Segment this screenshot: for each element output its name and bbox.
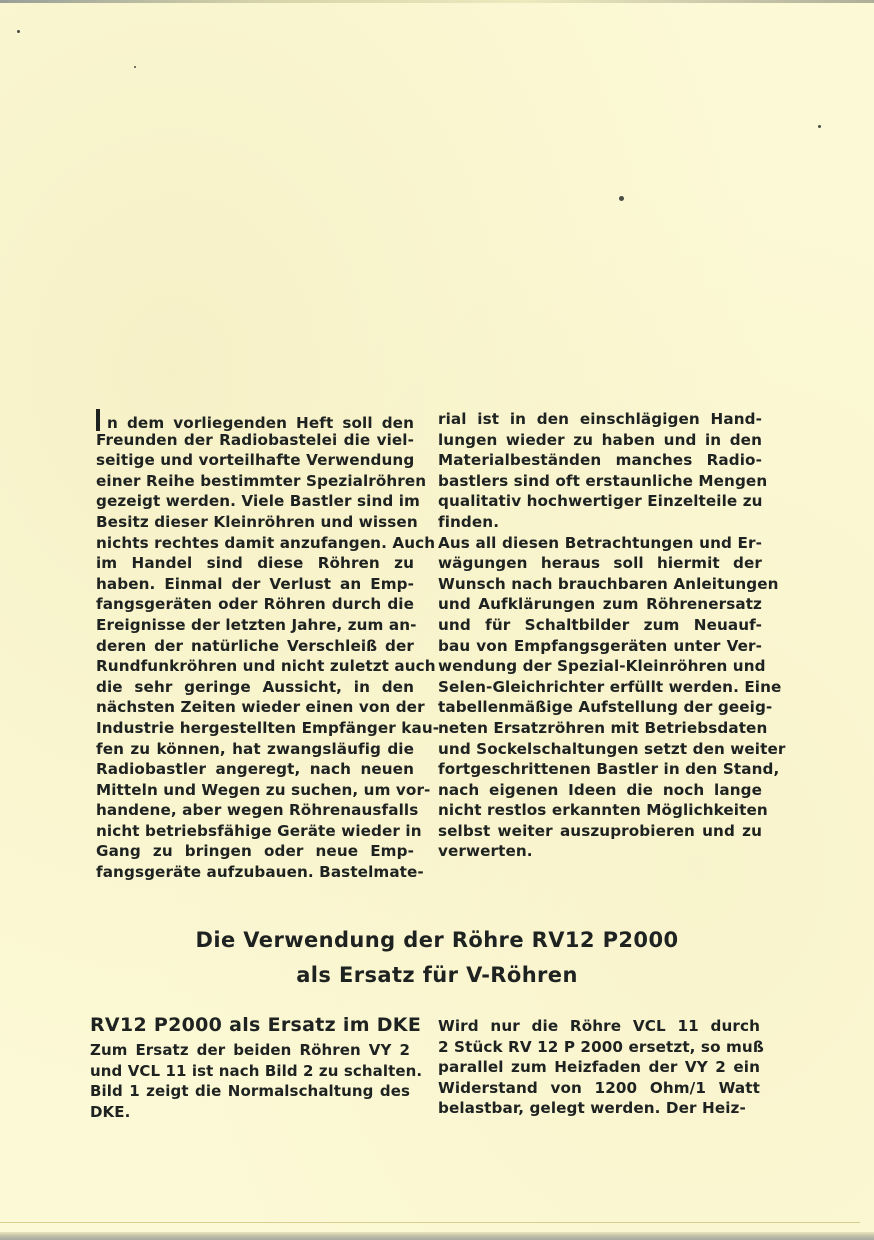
text-line: Ereignisse der letzten Jahre, zum an- [96, 615, 414, 636]
section-right-column: Wird nur die Röhre VCL 11 durch2 Stück R… [438, 1016, 760, 1119]
paper-speck [134, 66, 136, 68]
text-line: nächsten Zeiten wieder einen von der [96, 697, 414, 718]
text-line: die sehr geringe Aussicht, in den [96, 677, 414, 698]
intro-right-column: rial ist in den einschlägigen Hand-lunge… [438, 409, 762, 862]
text-line: deren der natürliche Verschleiß der [96, 636, 414, 657]
text-line: Gang zu bringen oder neue Emp- [96, 841, 414, 862]
drop-cap-initial [96, 409, 100, 431]
text-line: fangsgeräten oder Röhren durch die [96, 594, 414, 615]
text-line: verwerten. [438, 841, 762, 862]
text-line: neten Ersatzröhren mit Betriebsdaten [438, 718, 762, 739]
text-line: belastbar, gelegt werden. Der Heiz- [438, 1098, 760, 1119]
text-line: Besitz dieser Kleinröhren und wissen [96, 512, 414, 533]
text-line: Freunden der Radiobastelei die viel- [96, 430, 414, 451]
scan-top-edge [0, 0, 874, 3]
text-line: fangsgeräte aufzubauen. Bastelmate- [96, 862, 414, 883]
paper-speck [619, 196, 624, 201]
paper-speck [818, 125, 821, 128]
text-line: im Handel sind diese Röhren zu [96, 553, 414, 574]
text-line: Rundfunkröhren und nicht zuletzt auch [96, 656, 414, 677]
text-line: und Aufklärungen zum Röhrenersatz [438, 594, 762, 615]
text-line: n dem vorliegenden Heft soll den [96, 409, 414, 430]
text-line: 2 Stück RV 12 P 2000 ersetzt, so muß [438, 1037, 760, 1058]
section-title-line-1: Die Verwendung der Röhre RV12 P2000 [0, 928, 874, 952]
text-line: bastlers sind oft erstaunliche Mengen [438, 471, 762, 492]
text-line: selbst weiter auszuprobieren und zu [438, 821, 762, 842]
text-line: DKE. [90, 1102, 410, 1123]
text-line: parallel zum Heizfaden der VY 2 ein [438, 1057, 760, 1078]
text-line: und Sockelschaltungen setzt den weiter [438, 739, 762, 760]
text-line: haben. Einmal der Verlust an Emp- [96, 574, 414, 595]
text-line: tabellenmäßige Aufstellung der geeig- [438, 697, 762, 718]
section-left-column: Zum Ersatz der beiden Röhren VY 2und VCL… [90, 1040, 410, 1122]
text-line: Mitteln und Wegen zu suchen, um vor- [96, 780, 414, 801]
text-line: nichts rechtes damit anzufangen. Auch [96, 533, 414, 554]
text-line: Wird nur die Röhre VCL 11 durch [438, 1016, 760, 1037]
text-line: nach eigenen Ideen die noch lange [438, 780, 762, 801]
text-line: Industrie hergestellten Empfänger kau- [96, 718, 414, 739]
text-line: fortgeschrittenen Bastler in den Stand, [438, 759, 762, 780]
text-line: Wunsch nach brauchbaren Anleitungen [438, 574, 762, 595]
page-fold-line [0, 1222, 860, 1223]
text-line: seitige und vorteilhafte Verwendung [96, 450, 414, 471]
text-line: Selen-Gleichrichter erfüllt werden. Eine [438, 677, 762, 698]
text-line: bau von Empfangsgeräten unter Ver- [438, 636, 762, 657]
text-line: wägungen heraus soll hiermit der [438, 553, 762, 574]
section-subheading: RV12 P2000 als Ersatz im DKE [90, 1014, 406, 1036]
text-line: rial ist in den einschlägigen Hand- [438, 409, 762, 430]
text-line: und VCL 11 ist nach Bild 2 zu schalten. [90, 1061, 410, 1082]
text-line: Bild 1 zeigt die Normalschaltung des [90, 1081, 410, 1102]
scan-bottom-edge [0, 1232, 874, 1240]
text-line: Widerstand von 1200 Ohm/1 Watt [438, 1078, 760, 1099]
text-line: finden. [438, 512, 762, 533]
text-line: wendung der Spezial-Kleinröhren und [438, 656, 762, 677]
paper-speck [17, 30, 20, 33]
text-line: qualitativ hochwertiger Einzelteile zu [438, 491, 762, 512]
text-line: lungen wieder zu haben und in den [438, 430, 762, 451]
text-line: Aus all diesen Betrachtungen und Er- [438, 533, 762, 554]
intro-left-column: n dem vorliegenden Heft soll denFreunden… [96, 409, 414, 883]
text-line: nicht restlos erkannten Möglichkeiten [438, 800, 762, 821]
text-line: und für Schaltbilder zum Neuauf- [438, 615, 762, 636]
text-line: Zum Ersatz der beiden Röhren VY 2 [90, 1040, 410, 1061]
text-line: einer Reihe bestimmter Spezialröhren [96, 471, 414, 492]
text-line: Radiobastler angeregt, nach neuen [96, 759, 414, 780]
text-line: handene, aber wegen Röhrenausfalls [96, 800, 414, 821]
text-line: fen zu können, hat zwangsläufig die [96, 739, 414, 760]
section-title-line-2: als Ersatz für V-Röhren [0, 963, 874, 987]
text-line: nicht betriebsfähige Geräte wieder in [96, 821, 414, 842]
text-line: Materialbeständen manches Radio- [438, 450, 762, 471]
text-line: gezeigt werden. Viele Bastler sind im [96, 491, 414, 512]
